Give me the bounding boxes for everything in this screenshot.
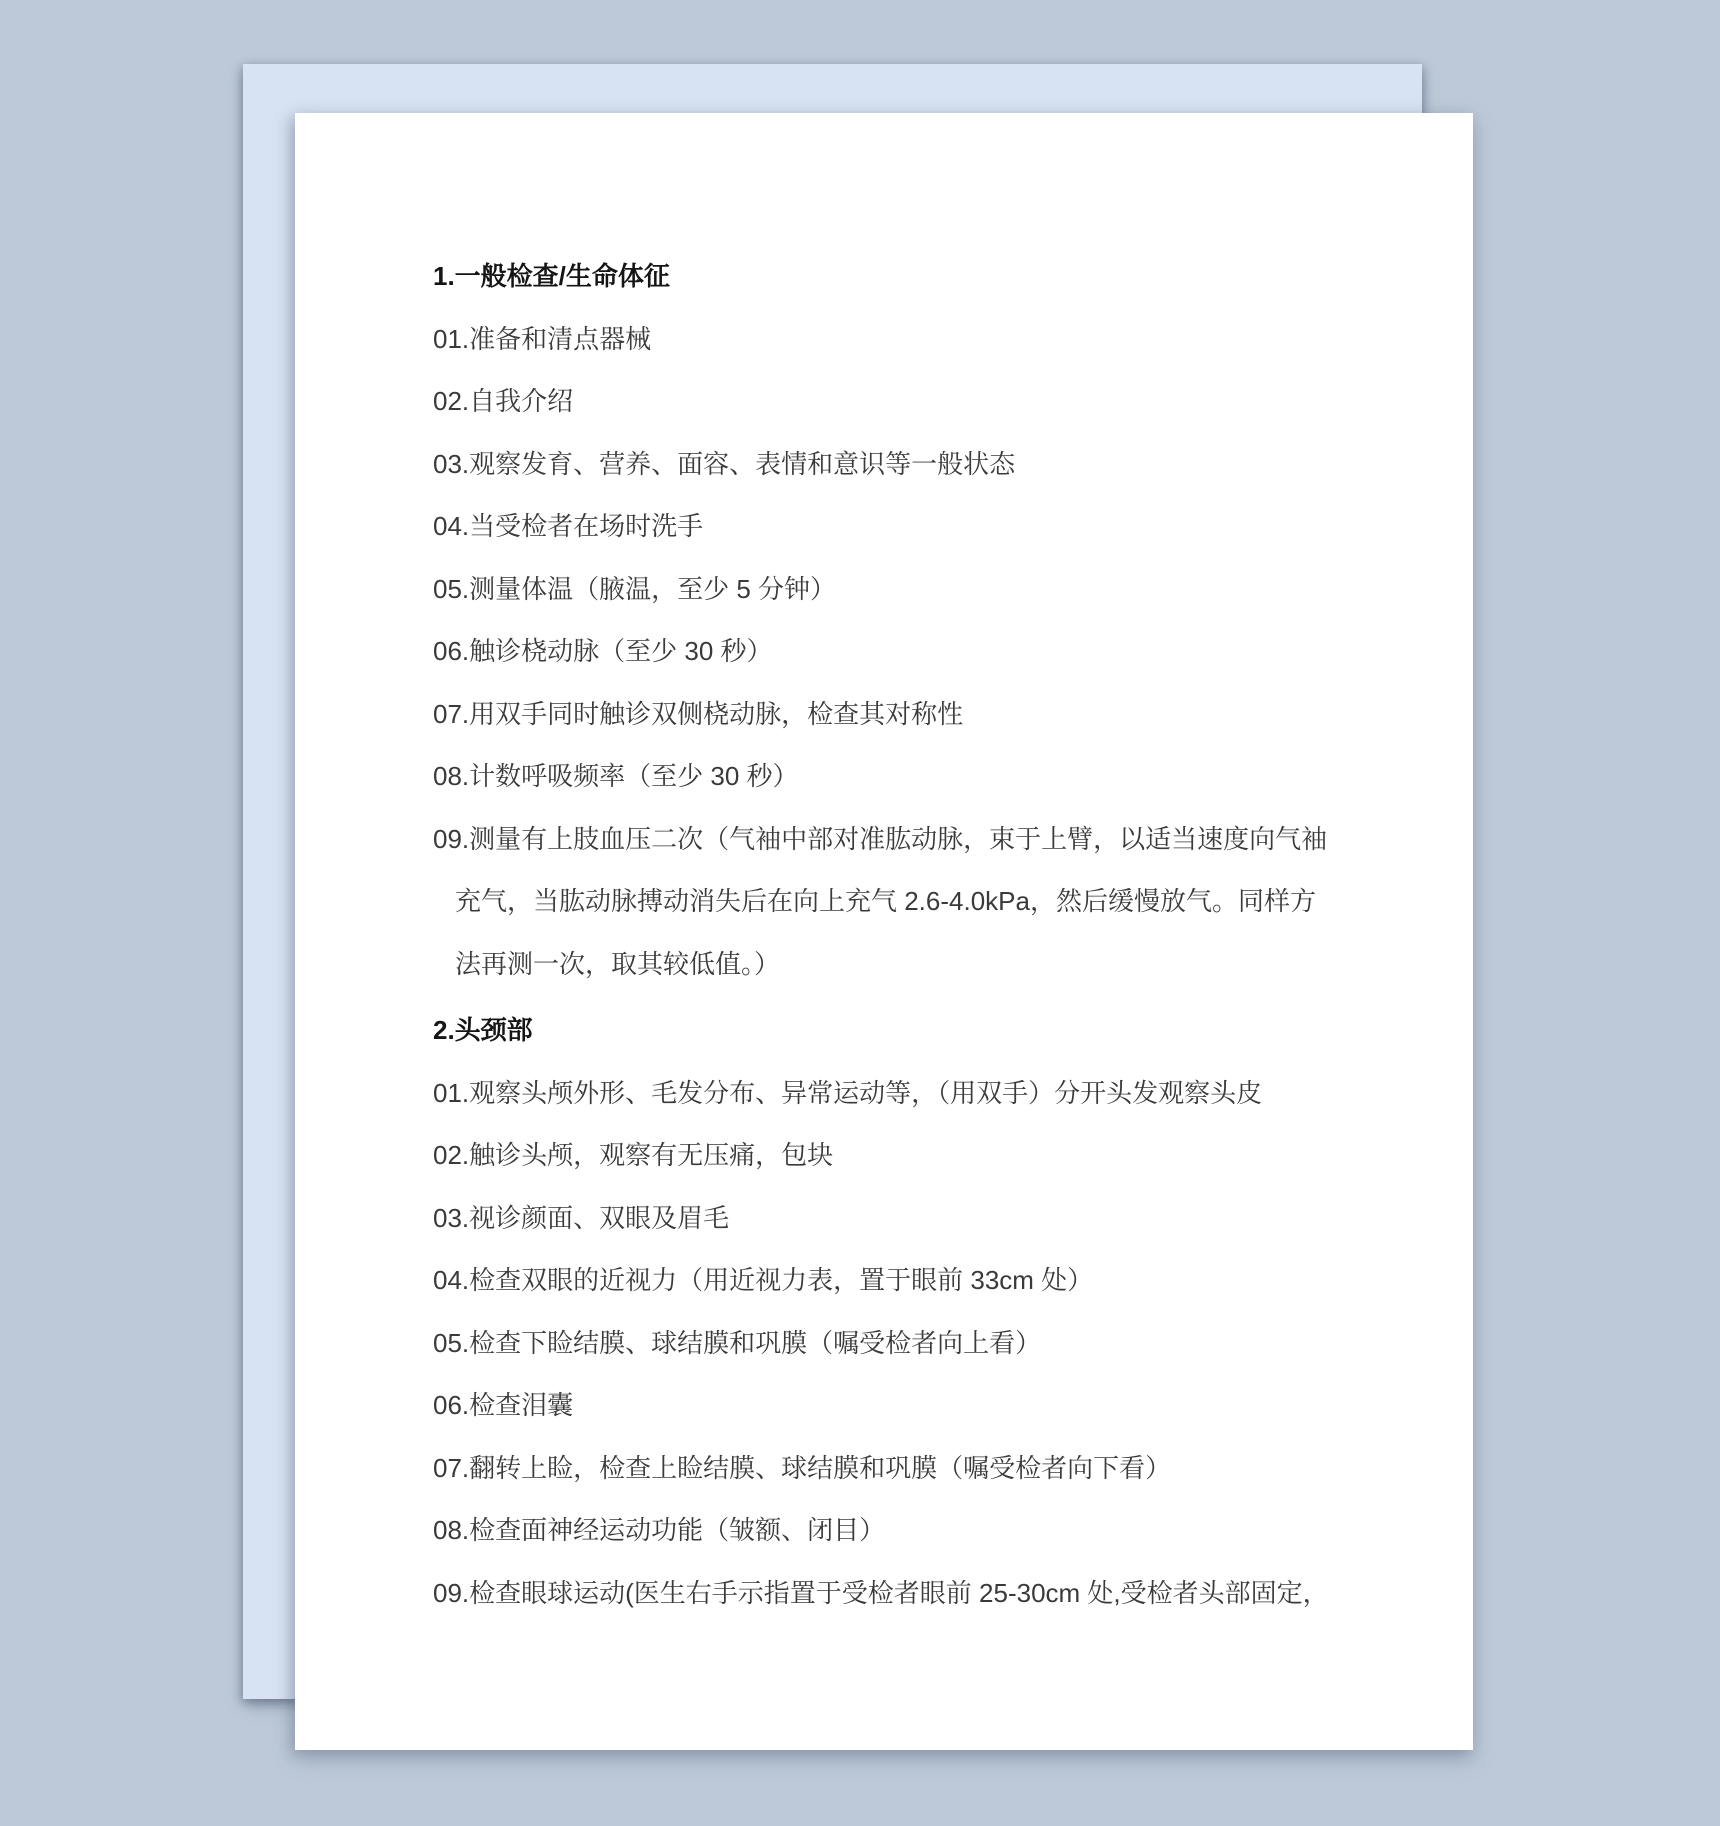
document-page: 1.一般检查/生命体征 01.准备和清点器械 02.自我介绍 03.观察发育、营… xyxy=(295,113,1473,1750)
checklist-item: 09.测量有上肢血压二次（气袖中部对准肱动脉，束于上臂，以适当速度向气袖 xyxy=(433,808,1413,871)
checklist-item: 03.观察发育、营养、面容、表情和意识等一般状态 xyxy=(433,433,1413,496)
checklist-item: 01.观察头颅外形、毛发分布、异常运动等，（用双手）分开头发观察头皮 xyxy=(433,1062,1413,1125)
section-2-heading: 2.头颈部 xyxy=(433,999,1413,1062)
checklist-item: 03.视诊颜面、双眼及眉毛 xyxy=(433,1187,1413,1250)
checklist-item-continuation: 充气，当肱动脉搏动消失后在向上充气 2.6-4.0kPa，然后缓慢放气。同样方 xyxy=(433,870,1413,933)
checklist-item: 01.准备和清点器械 xyxy=(433,308,1413,371)
checklist-item: 08.计数呼吸频率（至少 30 秒） xyxy=(433,745,1413,808)
checklist-item: 02.触诊头颅，观察有无压痛，包块 xyxy=(433,1124,1413,1187)
document-content: 1.一般检查/生命体征 01.准备和清点器械 02.自我介绍 03.观察发育、营… xyxy=(433,245,1413,1624)
checklist-item: 05.测量体温（腋温，至少 5 分钟） xyxy=(433,558,1413,621)
checklist-item: 02.自我介绍 xyxy=(433,370,1413,433)
section-1-heading: 1.一般检查/生命体征 xyxy=(433,245,1413,308)
checklist-item: 04.当受检者在场时洗手 xyxy=(433,495,1413,558)
checklist-item: 09.检查眼球运动(医生右手示指置于受检者眼前 25-30cm 处,受检者头部固… xyxy=(433,1562,1413,1625)
checklist-item: 05.检查下睑结膜、球结膜和巩膜（嘱受检者向上看） xyxy=(433,1312,1413,1375)
checklist-item: 06.触诊桡动脉（至少 30 秒） xyxy=(433,620,1413,683)
checklist-item: 08.检查面神经运动功能（皱额、闭目） xyxy=(433,1499,1413,1562)
checklist-item: 07.用双手同时触诊双侧桡动脉，检查其对称性 xyxy=(433,683,1413,746)
checklist-item: 06.检查泪囊 xyxy=(433,1374,1413,1437)
checklist-item: 07.翻转上睑，检查上睑结膜、球结膜和巩膜（嘱受检者向下看） xyxy=(433,1437,1413,1500)
checklist-item-continuation: 法再测一次，取其较低值。） xyxy=(433,933,1413,996)
checklist-item: 04.检查双眼的近视力（用近视力表，置于眼前 33cm 处） xyxy=(433,1249,1413,1312)
